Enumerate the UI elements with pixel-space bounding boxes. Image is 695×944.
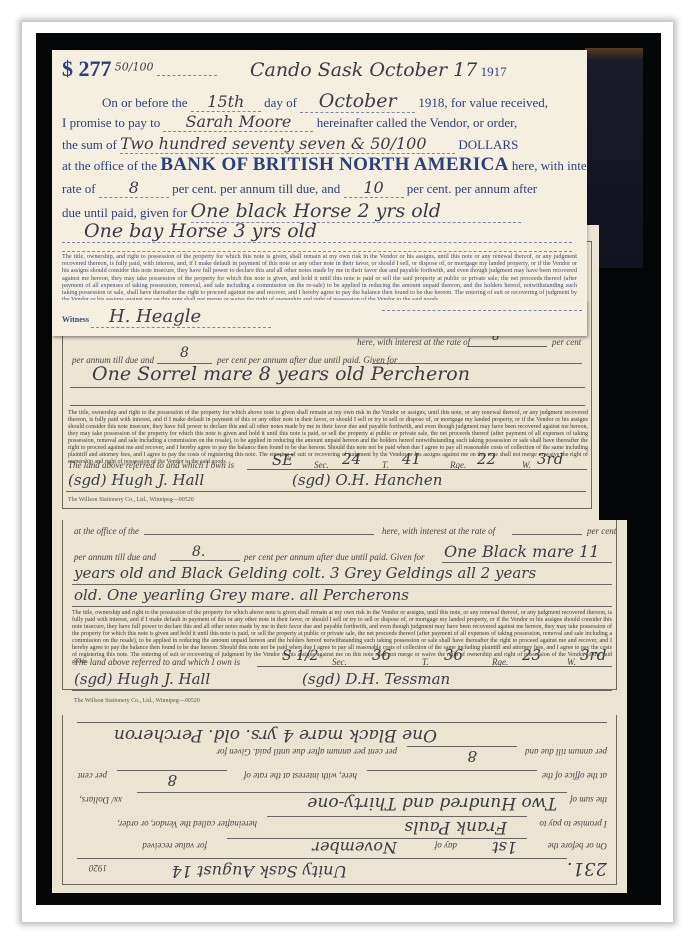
label-after-due: per cent per annum after due until paid.… — [217, 747, 397, 757]
note-number: 231. — [567, 858, 607, 879]
label-after: per cent. per annum after — [407, 181, 537, 196]
label-per-cent: per cent — [587, 526, 616, 536]
fine-print: The title, ownership, and right to posse… — [62, 253, 577, 303]
given-for-line-2: years old and Black Gelding colt. 3 Grey… — [74, 564, 536, 582]
printer-imprint: The Willson Stationery Co., Ltd., Winnip… — [74, 698, 200, 704]
due-month: October — [300, 90, 415, 113]
payee: Sarah Moore — [163, 112, 313, 132]
sec: 36 — [372, 646, 391, 664]
label-per-cent: per cent — [78, 771, 107, 781]
due-month: November — [312, 838, 397, 857]
promissory-note-1: $ 277 50/100 Cando Sask October 17 1917 … — [52, 50, 587, 335]
label-per-cent: per cent — [552, 337, 581, 347]
label-after-due: per cent per annum after due until paid.… — [244, 552, 424, 562]
label-day-of: day of — [264, 95, 297, 110]
sum-words: Two hundred seventy seven & 50/100 — [120, 134, 455, 154]
rate-after-due: 8 — [467, 747, 477, 765]
rge: 23 — [522, 646, 541, 664]
bank-name: BANK OF BRITISH NORTH AMERICA — [160, 154, 508, 175]
sum-words: Two Hundred and Thirty-one — [307, 793, 557, 813]
label-land: The land above referred to and which I o… — [68, 460, 234, 470]
label-here-interest: here, with interest at the — [512, 158, 587, 173]
label-vendor: hereinafter called the Vendor, or order, — [117, 819, 257, 829]
label-dollars: xx/ Dollars, — [80, 795, 123, 805]
fine-print: The title, ownership and right to the po… — [68, 410, 588, 466]
promissory-note-3: at the office of the here, with interest… — [52, 520, 627, 715]
label-value-received: , for value received, — [444, 95, 548, 110]
maker-signature: (sgd) D.H. Tessman — [302, 670, 450, 688]
due-year: 1918 — [418, 95, 444, 110]
meridian: 3rd — [580, 646, 606, 664]
land-quarter: SE — [272, 451, 293, 469]
sec: 24 — [342, 450, 361, 468]
label-interest: here, with interest at the rate of — [244, 771, 357, 781]
label-given-for: due until paid, given for — [62, 205, 187, 220]
tp: 41 — [402, 450, 421, 468]
rate-till-due: 8 — [99, 178, 169, 198]
label-office: at the office of the — [62, 158, 157, 173]
maker-signature: (sgd) O.H. Hanchen — [292, 471, 442, 489]
label-office: at the office of the — [74, 526, 139, 536]
cents-amount: 50/100 — [115, 61, 154, 74]
due-day: 1st — [492, 838, 517, 857]
witness: H. Heagle — [91, 306, 271, 328]
place-date: Cando Sask October 17 — [250, 59, 477, 81]
rate-till-due: 8 — [167, 771, 177, 789]
label-value-received: for value received — [142, 841, 207, 851]
given-for-line-3: old. One yearling Grey mare. all Percher… — [74, 586, 409, 604]
tp: 36 — [444, 646, 463, 664]
due-day: 15th — [191, 92, 261, 112]
year: 1917 — [481, 64, 507, 79]
land-quarter: S 1/2 — [282, 648, 319, 664]
label-land: The land above referred to and which I o… — [74, 657, 240, 667]
label-vendor: hereinafter called the Vendor, or order, — [317, 115, 517, 130]
label-on-or-before: On or before the — [102, 95, 188, 110]
label-promise: I promise to pay to — [62, 115, 160, 130]
rate-after-due: 8 — [180, 345, 189, 361]
place-date: Unity Sask August 14 — [172, 862, 347, 881]
given-for-line-1: One Black mare 11 — [444, 542, 599, 561]
rate-after-due: 10 — [344, 178, 404, 198]
label-rate: rate of — [62, 181, 96, 196]
witness-signature: (sgd) Hugh J. Hall — [68, 471, 204, 489]
label-dollars: DOLLARS — [458, 137, 518, 152]
given-for: One Black mare 4 yrs. old. Percheron — [114, 725, 437, 745]
label-interest: here, with interest at the rate of — [357, 337, 470, 347]
label-sum: the sum of — [62, 137, 117, 152]
rate-after-due: 8. — [192, 544, 205, 560]
note-1-witness-strip: Witness H. Heagle — [52, 300, 587, 336]
rge: 22 — [477, 450, 496, 468]
label-promise: I promise to pay to — [539, 819, 607, 829]
label-witness: Witness — [62, 315, 89, 324]
label-interest: here, with interest at the rate of — [382, 526, 495, 536]
witness-signature: (sgd) Hugh J. Hall — [74, 670, 210, 688]
label-till-due: per cent. per annum till due, and — [172, 181, 340, 196]
label-day-of: day of — [435, 841, 457, 851]
year-printed: 1920 — [89, 863, 107, 873]
dollar-amount: $ 277 — [62, 56, 112, 81]
payee: Frank Pauls — [404, 817, 507, 837]
label-per-annum: per annum till due and — [525, 747, 607, 757]
promissory-note-4-upside-down: 231. Unity Sask August 14 1920 On or bef… — [52, 715, 627, 893]
meridian: 3rd — [537, 450, 563, 468]
printer-imprint: The Willson Stationery Co., Ltd., Winnip… — [68, 497, 194, 503]
label-office: at the office of the — [542, 771, 607, 781]
label-on-or-before: On or before the — [548, 841, 607, 851]
label-per-annum: per annum till due and — [74, 552, 156, 562]
given-for: One Sorrel mare 8 years old Percheron — [92, 363, 470, 385]
label-sum: the sum of — [570, 795, 607, 805]
